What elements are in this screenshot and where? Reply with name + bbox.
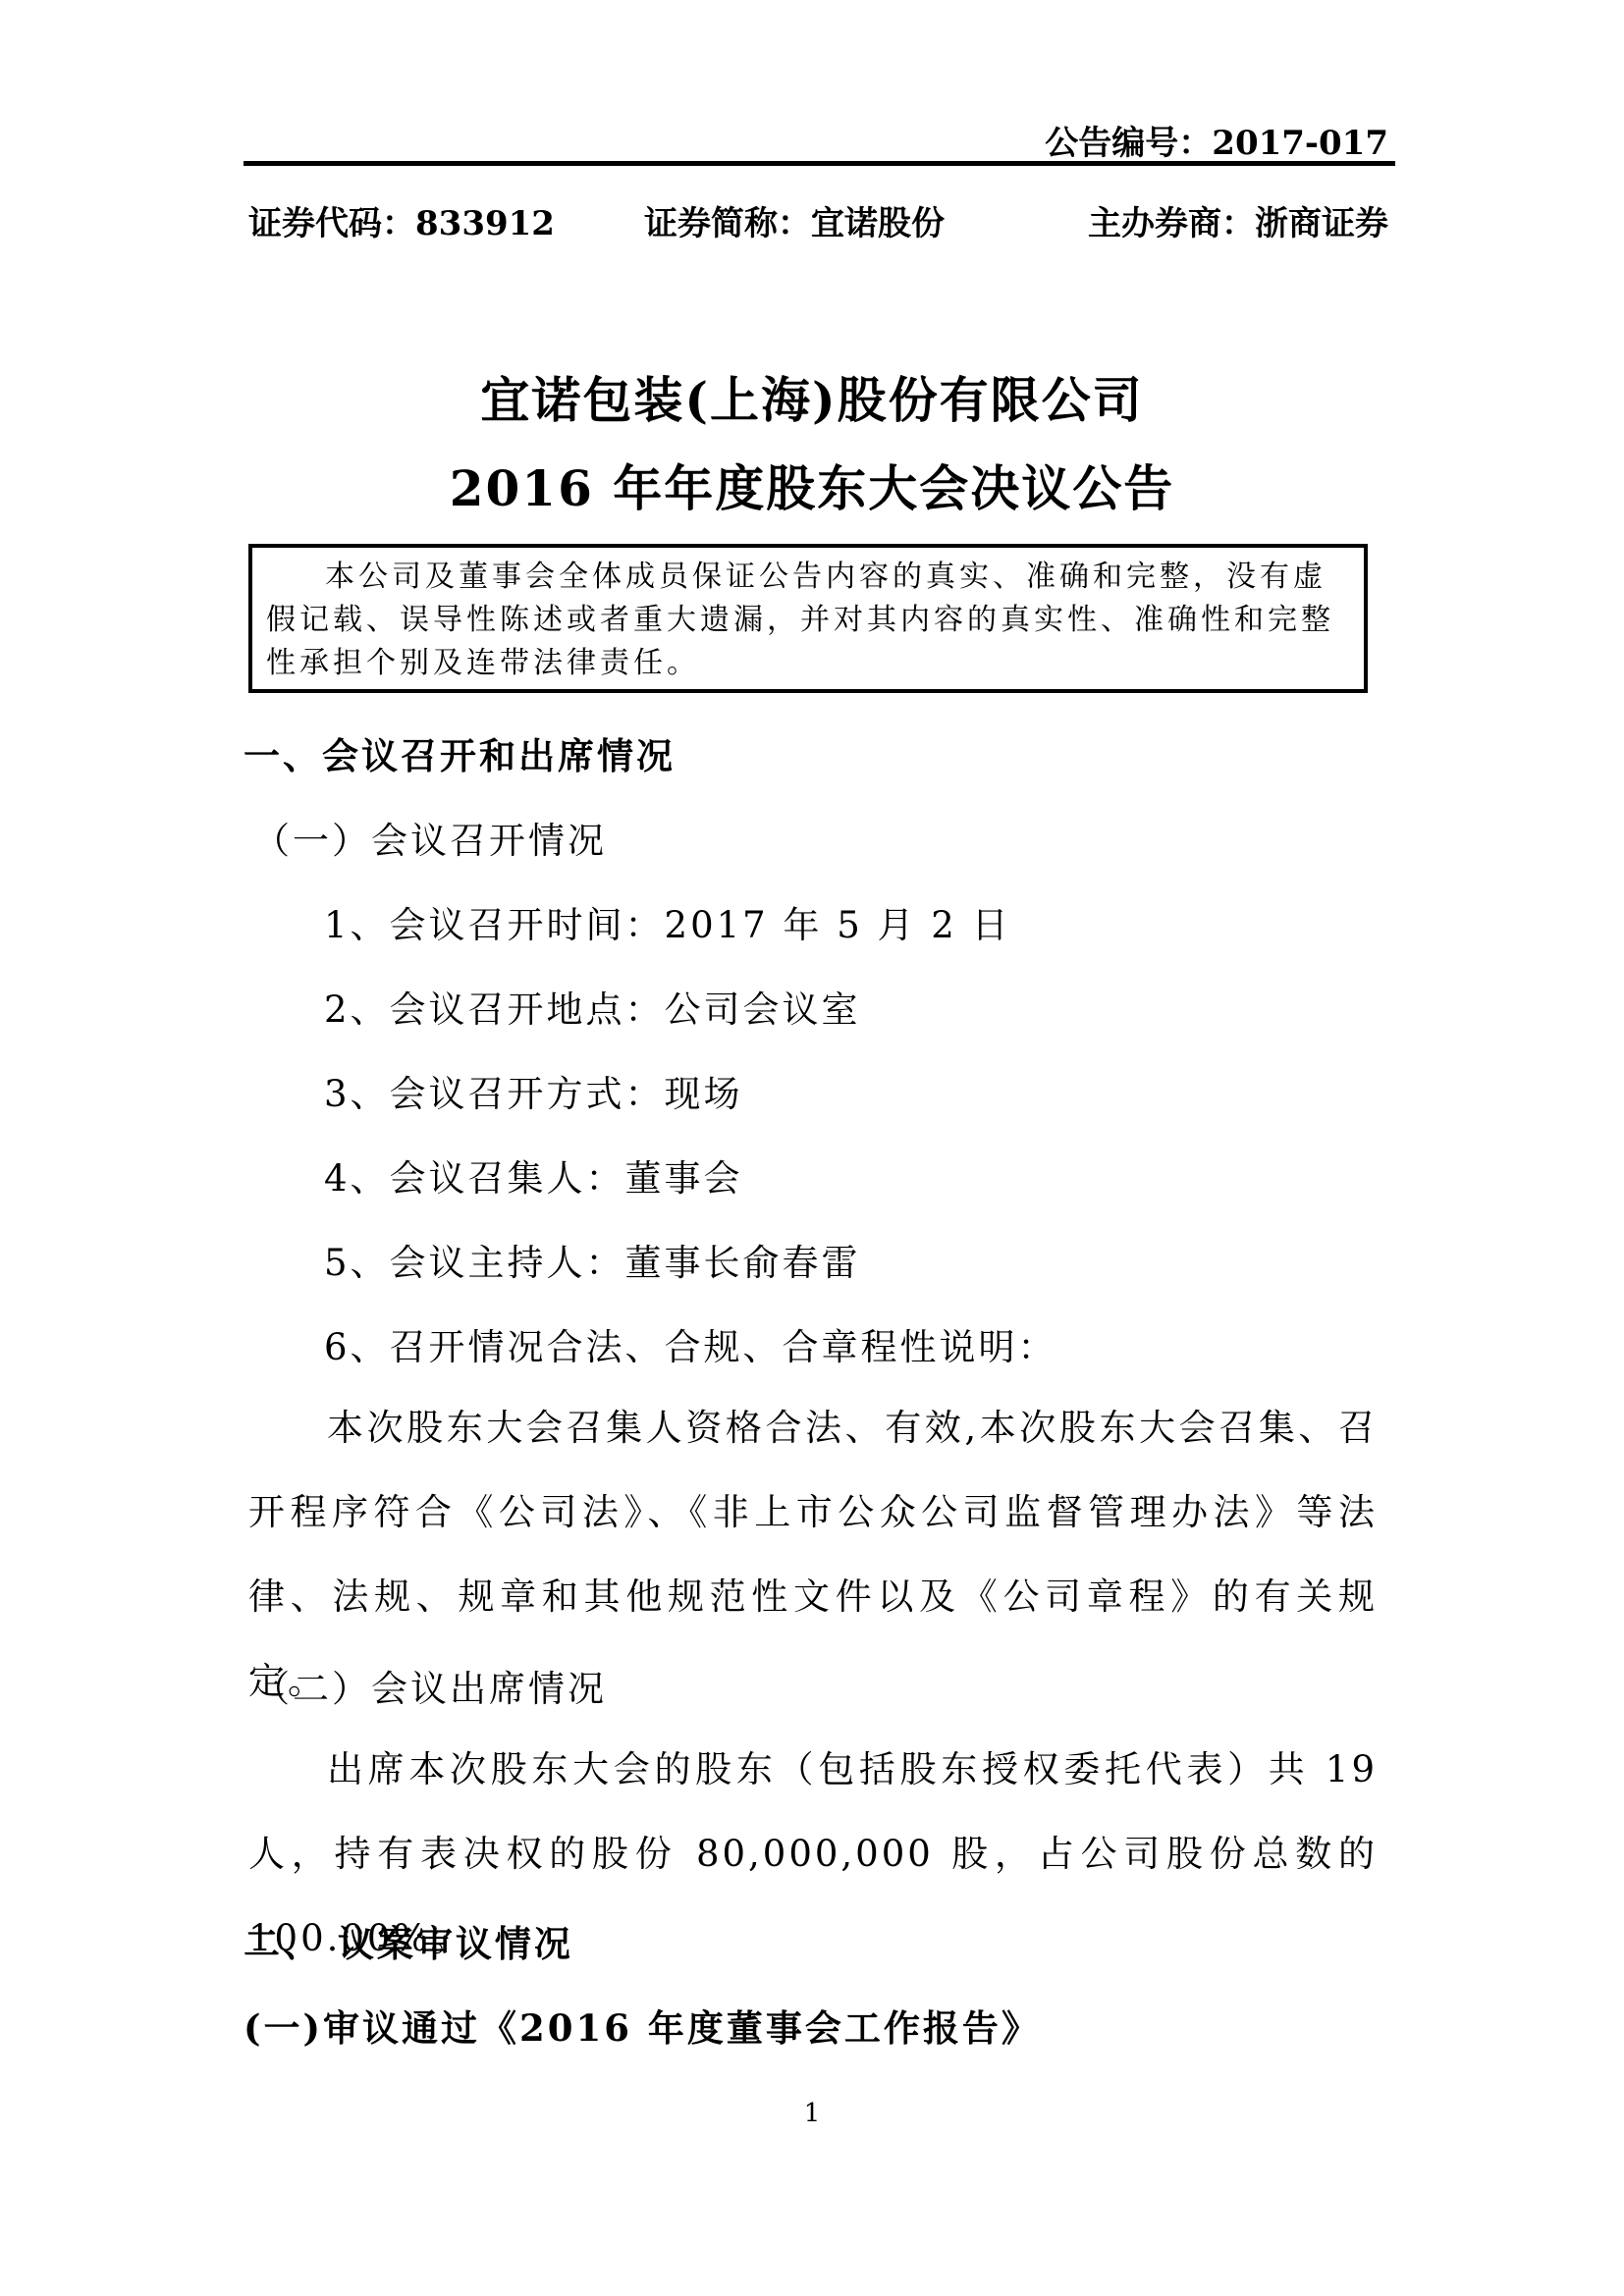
section1-heading: 一、会议召开和出席情况 [244, 726, 676, 779]
page-number: 1 [0, 2099, 1624, 2128]
meeting-time: 1、会议召开时间：2017 年 5 月 2 日 [324, 895, 1011, 948]
section2-heading: 二、 议案审议情况 [244, 1914, 573, 1967]
announcement-number: 公告编号：2017-017 [1045, 116, 1388, 164]
meeting-location: 2、会议召开地点：公司会议室 [324, 980, 861, 1033]
legality-label: 6、召开情况合法、合规、合章程性说明： [324, 1317, 1057, 1370]
sponsor-broker: 主办券商：浙商证券 [1088, 196, 1388, 244]
document-title: 2016 年年度股东大会决议公告 [0, 450, 1624, 520]
meeting-convener: 4、会议召集人：董事会 [324, 1148, 743, 1201]
company-title: 宜诺包装(上海)股份有限公司 [0, 361, 1624, 432]
section1-sub2-heading: （二）会议出席情况 [253, 1659, 607, 1712]
disclaimer-text: 本公司及董事会全体成员保证公告内容的真实、准确和完整，没有虚假记载、误导性陈述或… [252, 548, 1364, 685]
meeting-host: 5、会议主持人：董事长俞春雷 [324, 1233, 861, 1286]
disclaimer-box: 本公司及董事会全体成员保证公告内容的真实、准确和完整，没有虚假记载、误导性陈述或… [248, 544, 1368, 693]
security-code: 证券代码：833912 [248, 196, 555, 244]
section2-sub1-heading: (一)审议通过《2016 年度董事会工作报告》 [244, 1999, 1041, 2052]
meeting-method: 3、会议召开方式：现场 [324, 1064, 743, 1117]
section1-sub1-heading: （一）会议召开情况 [253, 811, 607, 864]
security-short-name: 证券简称：宜诺股份 [644, 196, 945, 244]
header-rule [244, 161, 1395, 166]
